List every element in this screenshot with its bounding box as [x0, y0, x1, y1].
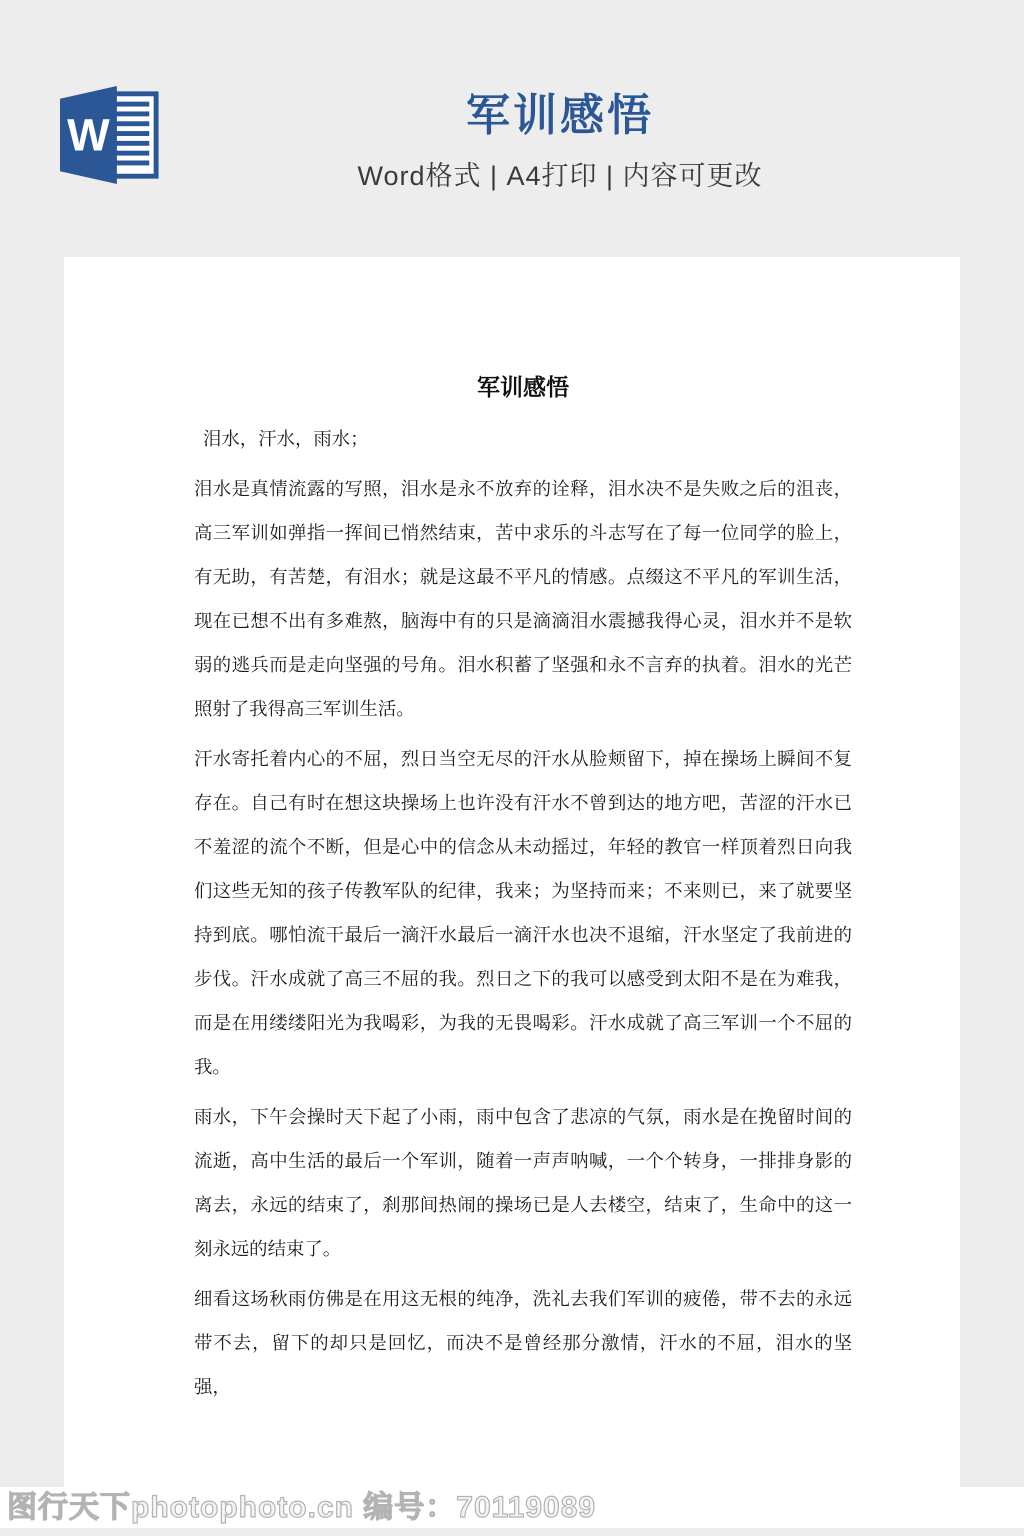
paragraph-intro: 泪水，汗水，雨水； — [194, 418, 852, 462]
header: W 军训感悟 Word格式 | A4打印 | 内容可更改 — [0, 0, 1024, 257]
template-title: 军训感悟 — [96, 92, 1024, 140]
watermark-text: 图行天下photophoto.cn 编号：70119089 — [0, 1487, 1024, 1528]
document-page: 军训感悟 泪水，汗水，雨水； 泪水是真情流露的写照，泪水是永不放弃的诠释，泪水决… — [64, 257, 960, 1528]
document-title: 军训感悟 — [194, 369, 852, 402]
paragraph-tears: 泪水是真情流露的写照，泪水是永不放弃的诠释，泪水决不是失败之后的沮丧，高三军训如… — [194, 468, 852, 732]
header-text-block: 军训感悟 Word格式 | A4打印 | 内容可更改 — [96, 92, 1024, 193]
paragraph-autumn-rain: 细看这场秋雨仿佛是在用这无根的纯净，洗礼去我们军训的疲倦，带不去的永远带不去，留… — [194, 1278, 852, 1410]
template-subtitle: Word格式 | A4打印 | 内容可更改 — [96, 154, 1024, 193]
paragraph-sweat: 汗水寄托着内心的不屈，烈日当空无尽的汗水从脸颊留下，掉在操场上瞬间不复存在。自己… — [194, 738, 852, 1090]
watermark-bar: 图行天下photophoto.cn 编号：70119089 — [0, 1487, 1024, 1528]
paragraph-rain: 雨水，下午会操时天下起了小雨，雨中包含了悲凉的气氛，雨水是在挽留时间的流逝，高中… — [194, 1096, 852, 1272]
document-body: 泪水，汗水，雨水； 泪水是真情流露的写照，泪水是永不放弃的诠释，泪水决不是失败之… — [194, 418, 852, 1410]
